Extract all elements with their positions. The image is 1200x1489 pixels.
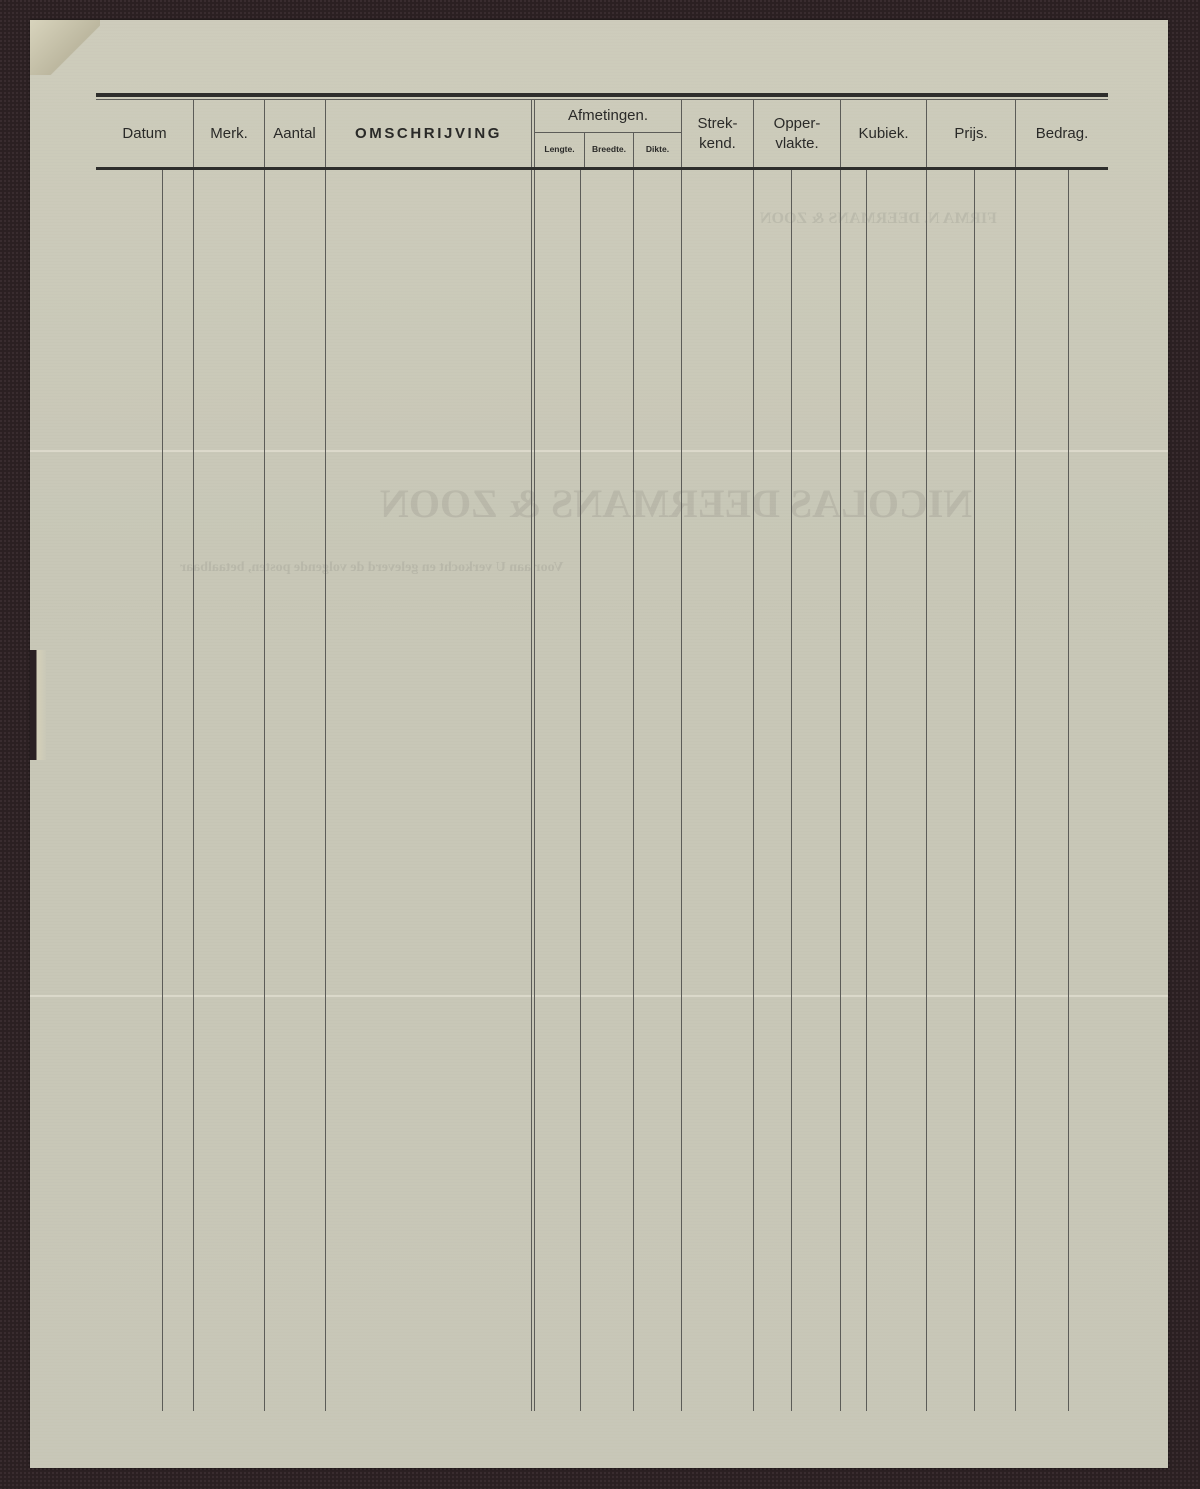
header-strekkend: Strek- kend. [682, 100, 753, 167]
column-line [531, 170, 532, 1411]
column-line [840, 170, 841, 1411]
header-oppervlakte-line1: Opper- [774, 114, 821, 134]
reverse-show-through: NICOLAS DEERMANS & ZOON [380, 480, 972, 527]
fold-crease [30, 450, 1168, 452]
header-separator [531, 100, 532, 167]
header-top-rule [96, 93, 1108, 97]
column-line [325, 170, 326, 1411]
paper-sheet [30, 20, 1168, 1468]
header-lengte: Lengte. [535, 133, 584, 167]
column-line [1015, 170, 1016, 1411]
header-dikte: Dikte. [634, 133, 681, 167]
column-line [264, 170, 265, 1411]
column-line [926, 170, 927, 1411]
column-line [633, 170, 634, 1411]
header-bedrag: Bedrag. [1016, 100, 1108, 167]
reverse-show-through: Voor aan U verkocht en geleverd de volge… [180, 560, 563, 576]
column-line [580, 170, 581, 1411]
column-line [974, 170, 975, 1411]
header-oppervlakte: Opper- vlakte. [754, 100, 840, 167]
reverse-show-through: FIRMA N. DEERMANS & ZOON [760, 210, 997, 228]
header-omschrijving: OMSCHRIJVING [326, 100, 531, 167]
column-line [193, 170, 194, 1411]
header-oppervlakte-line2: vlakte. [775, 134, 818, 154]
header-kubiek: Kubiek. [841, 100, 926, 167]
header-merk: Merk. [194, 100, 264, 167]
header-datum: Datum [96, 100, 193, 167]
header-strekkend-line1: Strek- [697, 114, 737, 134]
header-aantal: Aantal [264, 100, 325, 167]
column-line [866, 170, 867, 1411]
column-line [753, 170, 754, 1411]
column-line [791, 170, 792, 1411]
torn-edge [30, 650, 46, 760]
torn-corner [30, 20, 100, 75]
fold-crease [30, 995, 1168, 997]
header-bottom-rule [96, 167, 1108, 170]
header-prijs: Prijs. [927, 100, 1015, 167]
header-breedte: Breedte. [585, 133, 633, 167]
column-line [1068, 170, 1069, 1411]
header-afmetingen: Afmetingen. [535, 100, 681, 132]
column-line [681, 170, 682, 1411]
column-line [534, 170, 535, 1411]
header-strekkend-line2: kend. [699, 134, 736, 154]
column-line [162, 170, 163, 1411]
